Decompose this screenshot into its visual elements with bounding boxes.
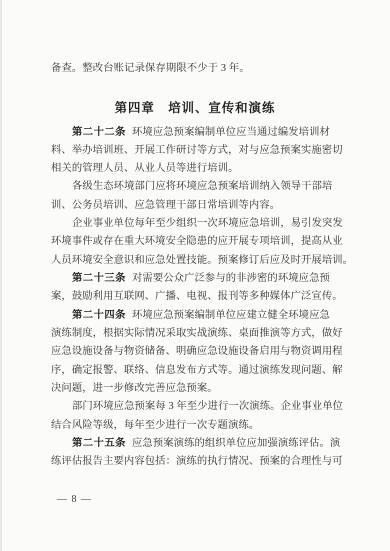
article-number: 第二十二条	[72, 127, 126, 138]
scan-edge-artifact	[0, 0, 2, 551]
carryover-paragraph-line: 备查。整改台账记录保存期限不少于 3 年。	[51, 60, 351, 78]
document-line: 案，鼓励利用互联网、广播、电视、报刊等多种媒体广泛宣传。	[51, 288, 343, 306]
document-line: 练评估报告主要内容包括：演练的执行情况、预案的合理性与可	[51, 453, 343, 471]
document-body: 第二十二条环境应急预案编制单位应当通过编发培训材 料、举办培训班、开展工作研讨等…	[51, 124, 343, 472]
document-line: 各级生态环境部门应将环境应急预案培训纳入领导干部培	[51, 178, 343, 196]
page-number: — 8 —	[57, 493, 92, 507]
document-line: 演练制度，根据实际情况采取实战演练、桌面推演等方式，做好	[51, 325, 343, 343]
article-number: 第二十五条	[72, 438, 126, 449]
article-text: 应急预案演练的组织单位应加强演练评估。演	[132, 438, 340, 449]
article-line: 第二十二条环境应急预案编制单位应当通过编发培训材	[51, 124, 343, 142]
document-line: 人员环境安全意识和应急处置技能。预案修订后应及时开展培训。	[51, 252, 343, 270]
article-line: 第二十三条对需要公众广泛参与的非涉密的环境应急预	[51, 270, 343, 288]
document-line: 企业事业单位每年至少组织一次环境应急培训，易引发突发	[51, 215, 343, 233]
document-line: 部门环境应急预案每 3 年至少进行一次演练。企业事业单位	[51, 398, 343, 416]
article-number: 第二十三条	[72, 273, 126, 284]
document-line: 结合风险等级，每年至少进行一次专题演练。	[51, 417, 343, 435]
document-line: 训、公务员培训、应急管理干部日常培训等内容。	[51, 197, 343, 215]
article-text: 环境应急预案编制单位应建立健全环境应急	[132, 310, 330, 321]
chapter-heading: 第四章 培训、宣传和演练	[0, 100, 390, 116]
document-line: 相关的管理人员、从业人员等进行培训。	[51, 160, 343, 178]
document-line: 序，确定报警、联络、信息发布方式等。通过演练发现问题、解	[51, 362, 343, 380]
document-line: 决问题，进一步修改完善应急预案。	[51, 380, 343, 398]
article-number: 第二十四条	[72, 310, 126, 321]
article-line: 第二十五条应急预案演练的组织单位应加强演练评估。演	[51, 435, 343, 453]
article-text: 对需要公众广泛参与的非涉密的环境应急预	[132, 273, 330, 284]
document-line: 环境事件或存在重大环境安全隐患的应开展专项培训，提高从业	[51, 233, 343, 251]
document-line: 应急设施设备与物资储备、明确应急设施设备启用与物资调用程	[51, 343, 343, 361]
document-line: 料、举办培训班、开展工作研讨等方式，对与应急预案实施密切	[51, 142, 343, 160]
article-text: 环境应急预案编制单位应当通过编发培训材	[132, 127, 330, 138]
article-line: 第二十四条环境应急预案编制单位应建立健全环境应急	[51, 307, 343, 325]
document-page: { "colors": { "background": "#fbfbfa", "…	[0, 0, 390, 551]
